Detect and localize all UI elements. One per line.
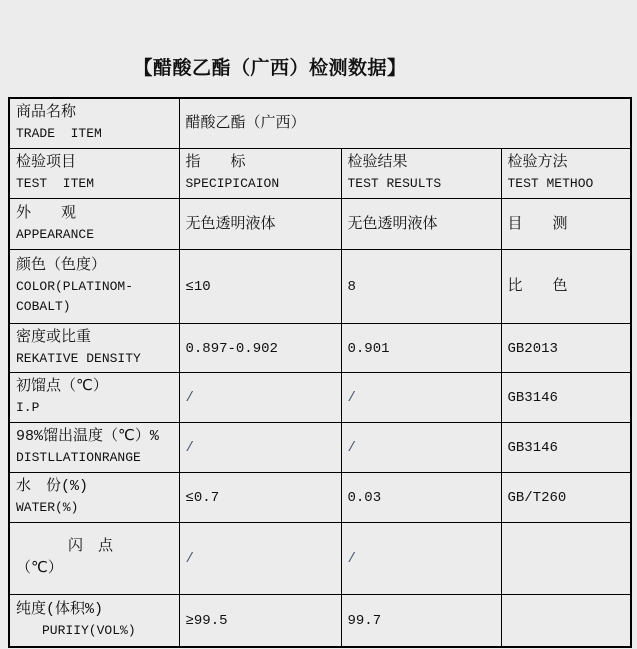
- header-method-en: TEST METHOO: [508, 174, 625, 194]
- result-value: 0.901: [348, 341, 390, 357]
- result-cell: 无色透明液体: [341, 198, 501, 249]
- header-method-zh: 检验方法: [508, 152, 625, 174]
- row-name-en2: COBALT): [16, 297, 173, 317]
- row-name-en: I.P: [16, 398, 173, 418]
- result-cell: 0.901: [341, 323, 501, 372]
- header-method-cell: 检验方法 TEST METHOO: [501, 148, 631, 198]
- spec-cell: 0.897-0.902: [179, 323, 341, 372]
- result-value: /: [348, 440, 356, 456]
- spec-cell: /: [179, 522, 341, 594]
- spec-value: ≤10: [186, 279, 211, 295]
- result-cell: /: [341, 522, 501, 594]
- row-name-zh: 初馏点（℃）: [16, 376, 173, 398]
- spec-value: /: [186, 390, 194, 406]
- row-name-zh: 密度或比重: [16, 327, 173, 349]
- spec-value: /: [186, 440, 194, 456]
- header-result-cell: 检验结果 TEST RESULTS: [341, 148, 501, 198]
- header-result-en: TEST RESULTS: [348, 174, 495, 194]
- row-name-zh: 纯度(体积%): [16, 599, 173, 621]
- result-cell: 8: [341, 249, 501, 323]
- table-row-appearance: 外 观 APPEARANCE 无色透明液体 无色透明液体 目 测: [9, 198, 631, 249]
- result-value: /: [348, 390, 356, 406]
- method-value: 比 色: [508, 278, 568, 295]
- row-name-zh: 闪 点: [16, 536, 173, 558]
- header-spec-zh: 指 标: [186, 152, 335, 174]
- method-cell: GB3146: [501, 372, 631, 422]
- row-name-en: COLOR(PLATINOM-: [16, 277, 173, 297]
- table-row-color: 颜色（色度） COLOR(PLATINOM- COBALT) ≤10 8 比 色: [9, 249, 631, 323]
- spec-cell: /: [179, 422, 341, 472]
- header-spec-en: SPECIPICAION: [186, 174, 335, 194]
- document-page: 【醋酸乙酯（广西）检测数据】 商品名称 TRADE ITEM 醋酸乙酯（广西） …: [0, 0, 637, 649]
- header-item-zh: 检验项目: [16, 152, 173, 174]
- method-value: GB3146: [508, 390, 558, 406]
- row-name-cell: 密度或比重 REKATIVE DENSITY: [9, 323, 179, 372]
- spec-value: ≤0.7: [186, 490, 220, 506]
- result-value: /: [348, 551, 356, 567]
- method-value: GB/T260: [508, 490, 567, 506]
- method-cell: 比 色: [501, 249, 631, 323]
- method-cell: GB3146: [501, 422, 631, 472]
- table-row-density: 密度或比重 REKATIVE DENSITY 0.897-0.902 0.901…: [9, 323, 631, 372]
- method-value: GB2013: [508, 341, 558, 357]
- result-value: 8: [348, 279, 356, 295]
- table-row-flashpoint: 闪 点 （℃） / /: [9, 522, 631, 594]
- spec-cell: 无色透明液体: [179, 198, 341, 249]
- row-name-cell: 纯度(体积%) PURIIY(VOL%): [9, 594, 179, 647]
- method-cell: 目 测: [501, 198, 631, 249]
- row-name-en: DISTLLATIONRANGE: [16, 448, 173, 468]
- row-name-zh: 外 观: [16, 203, 173, 225]
- table-row-ibp: 初馏点（℃） I.P / / GB3146: [9, 372, 631, 422]
- row-name-zh: 98%馏出温度（℃）%: [16, 426, 173, 448]
- row-name-en: PURIIY(VOL%): [16, 621, 173, 641]
- product-label-zh: 商品名称: [16, 102, 173, 124]
- spec-value: 无色透明液体: [186, 216, 276, 233]
- method-value: GB3146: [508, 440, 558, 456]
- result-value: 无色透明液体: [348, 216, 438, 233]
- row-name-cell: 外 观 APPEARANCE: [9, 198, 179, 249]
- method-cell: [501, 594, 631, 647]
- product-label-cell: 商品名称 TRADE ITEM: [9, 98, 179, 148]
- product-value-cell: 醋酸乙酯（广西）: [179, 98, 631, 148]
- row-name-zh: 颜色（色度）: [16, 255, 173, 277]
- result-value: 0.03: [348, 490, 382, 506]
- result-value: 99.7: [348, 613, 382, 629]
- row-name-cell: 闪 点 （℃）: [9, 522, 179, 594]
- method-value: 目 测: [508, 216, 568, 233]
- row-name-zh2: （℃）: [16, 558, 173, 580]
- row-name-cell: 水 份(%) WATER(%): [9, 472, 179, 522]
- result-cell: 0.03: [341, 472, 501, 522]
- result-cell: /: [341, 422, 501, 472]
- row-name-en: WATER(%): [16, 498, 173, 518]
- method-cell: GB/T260: [501, 472, 631, 522]
- product-label-en: TRADE ITEM: [16, 124, 173, 144]
- row-name-cell: 颜色（色度） COLOR(PLATINOM- COBALT): [9, 249, 179, 323]
- row-name-en: APPEARANCE: [16, 225, 173, 245]
- row-name-cell: 初馏点（℃） I.P: [9, 372, 179, 422]
- spec-cell: /: [179, 372, 341, 422]
- row-name-en: REKATIVE DENSITY: [16, 349, 173, 369]
- table-row-purity: 纯度(体积%) PURIIY(VOL%) ≥99.5 99.7: [9, 594, 631, 647]
- table-row-product: 商品名称 TRADE ITEM 醋酸乙酯（广西）: [9, 98, 631, 148]
- row-name-cell: 98%馏出温度（℃）% DISTLLATIONRANGE: [9, 422, 179, 472]
- spec-cell: ≤0.7: [179, 472, 341, 522]
- row-name-zh: 水 份(%): [16, 476, 173, 498]
- spec-value: /: [186, 551, 194, 567]
- method-cell: GB2013: [501, 323, 631, 372]
- result-cell: 99.7: [341, 594, 501, 647]
- header-item-en: TEST ITEM: [16, 174, 173, 194]
- product-value: 醋酸乙酯（广西）: [186, 115, 306, 132]
- header-spec-cell: 指 标 SPECIPICAION: [179, 148, 341, 198]
- spec-value: 0.897-0.902: [186, 341, 278, 357]
- spec-cell: ≤10: [179, 249, 341, 323]
- table-row-header: 检验项目 TEST ITEM 指 标 SPECIPICAION 检验结果 TES…: [9, 148, 631, 198]
- result-cell: /: [341, 372, 501, 422]
- table-row-distillation: 98%馏出温度（℃）% DISTLLATIONRANGE / / GB3146: [9, 422, 631, 472]
- spec-value: ≥99.5: [186, 613, 228, 629]
- test-data-table: 商品名称 TRADE ITEM 醋酸乙酯（广西） 检验项目 TEST ITEM …: [8, 97, 632, 648]
- header-item-cell: 检验项目 TEST ITEM: [9, 148, 179, 198]
- method-cell: [501, 522, 631, 594]
- table-row-water: 水 份(%) WATER(%) ≤0.7 0.03 GB/T260: [9, 472, 631, 522]
- spec-cell: ≥99.5: [179, 594, 341, 647]
- header-result-zh: 检验结果: [348, 152, 495, 174]
- page-title: 【醋酸乙酯（广西）检测数据】: [0, 53, 540, 80]
